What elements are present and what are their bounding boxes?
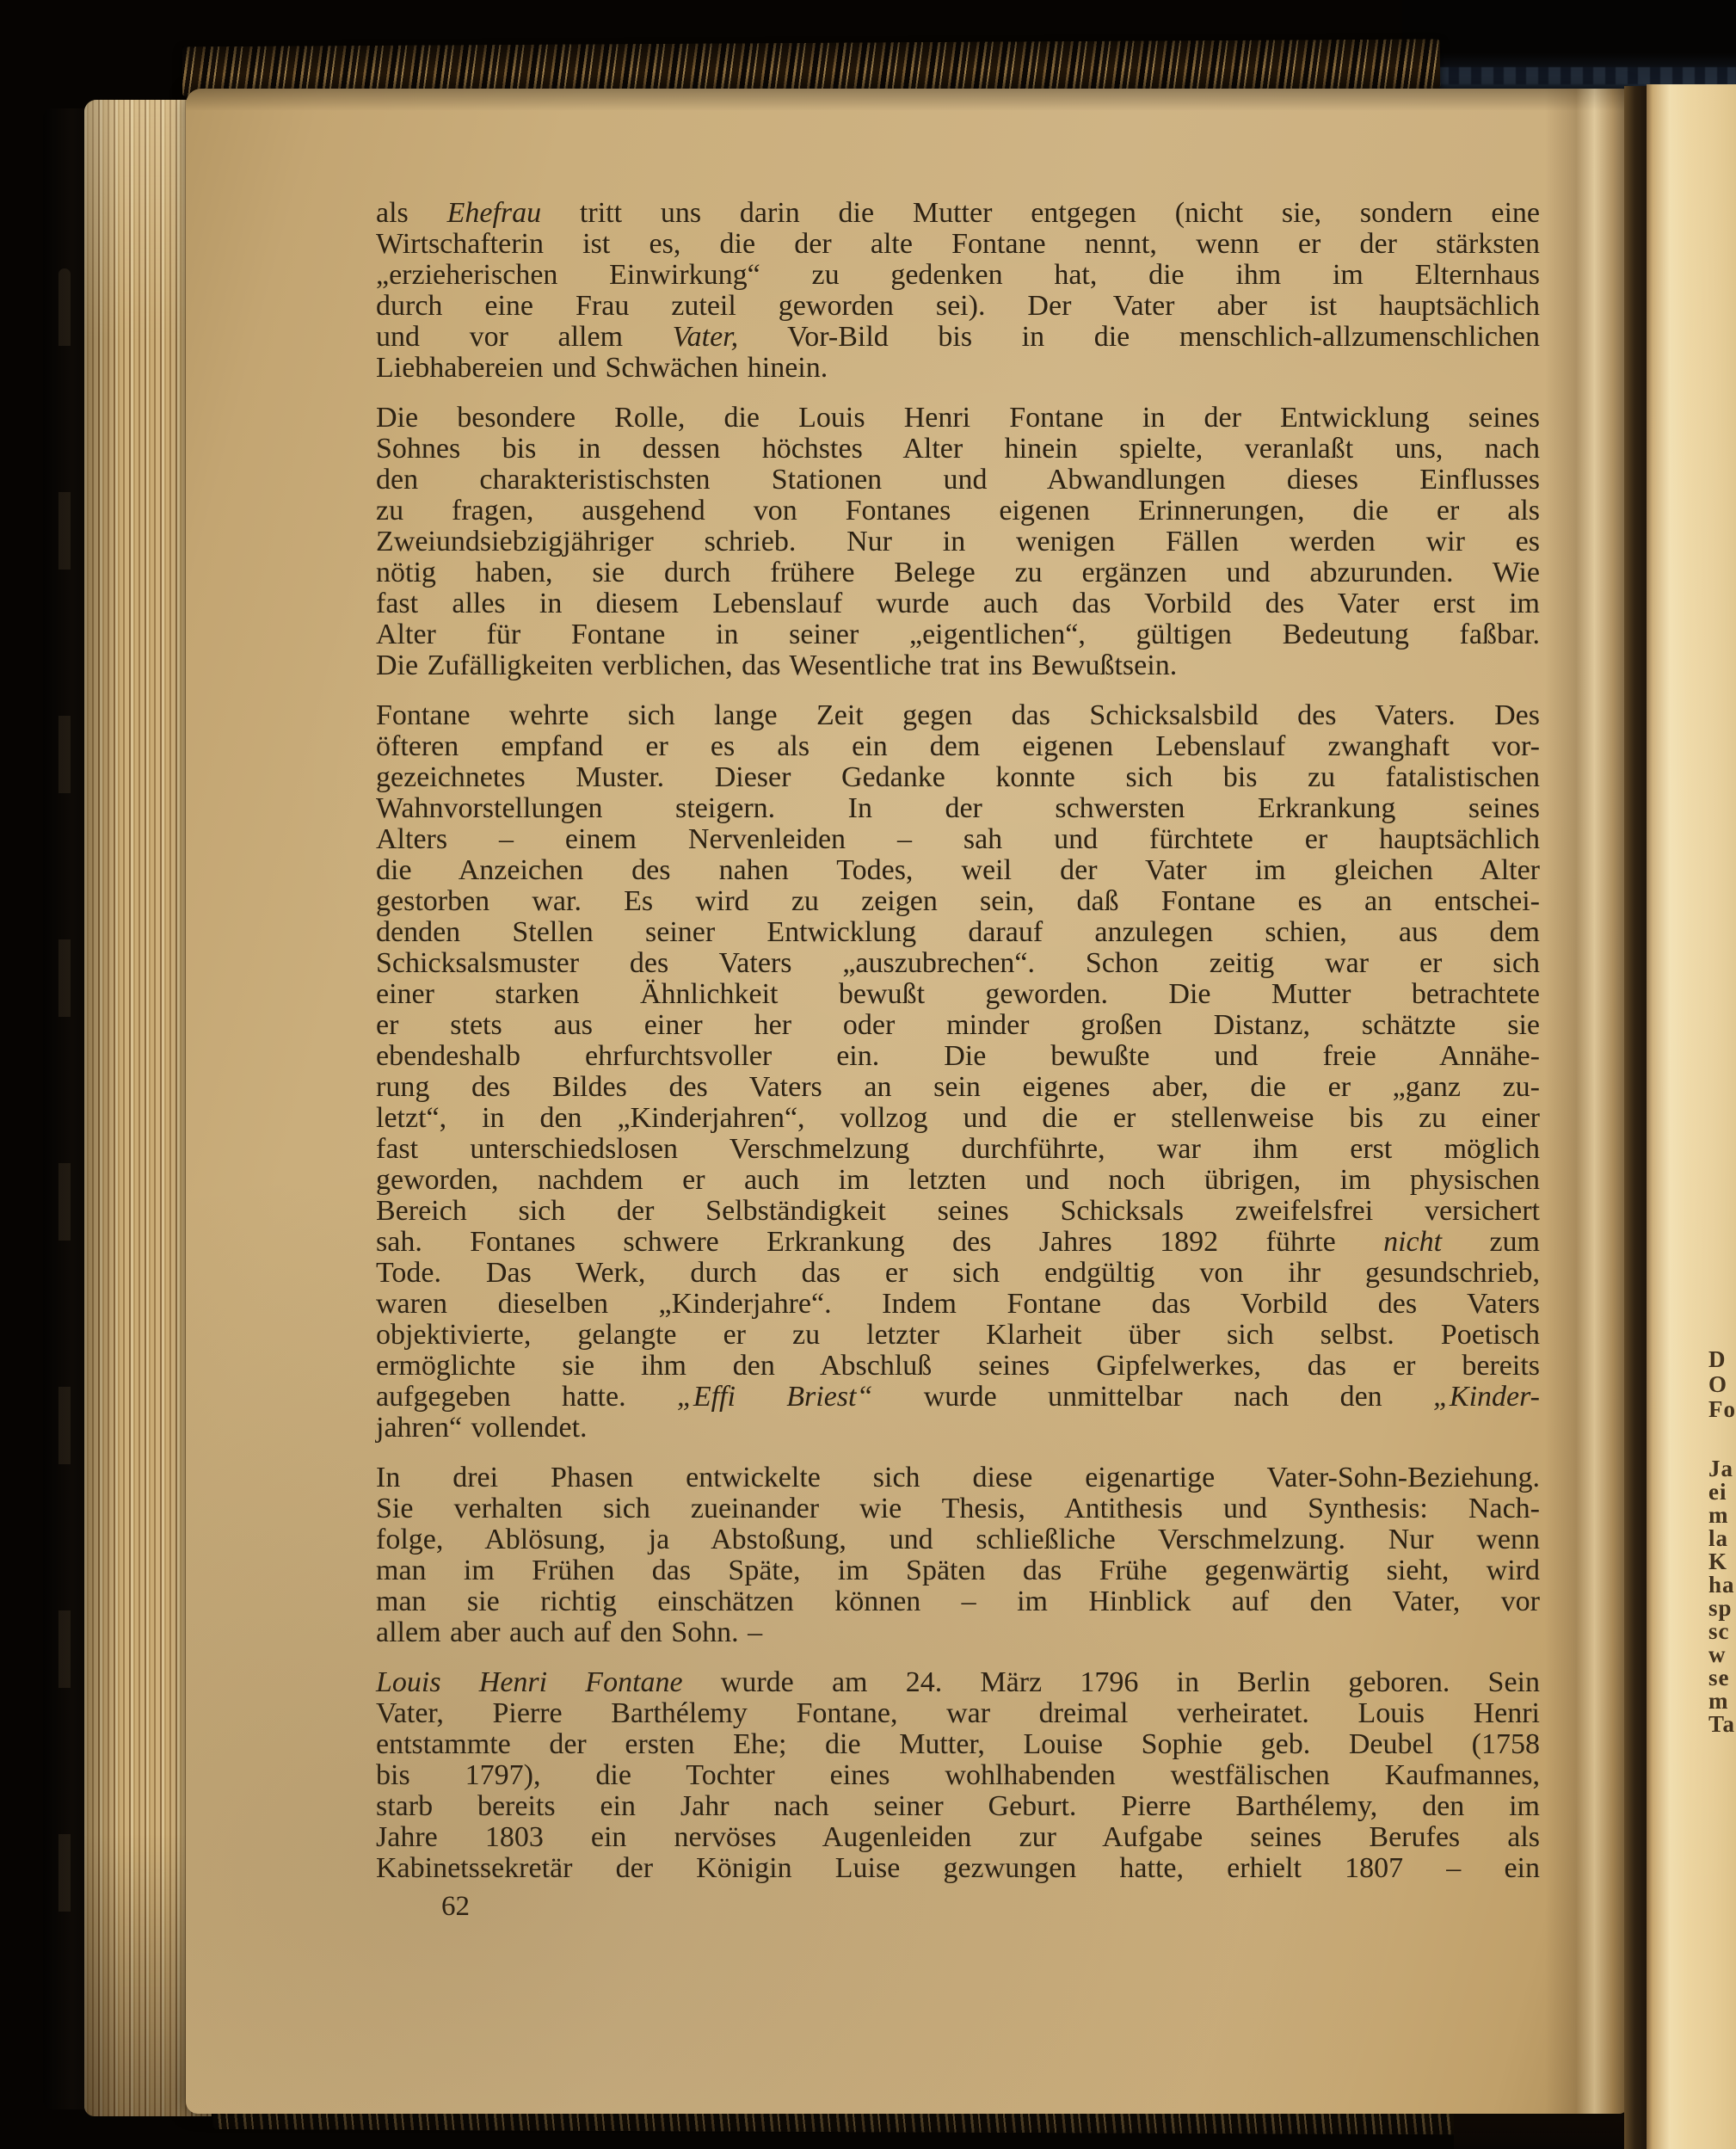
fragment-line: m: [1708, 1690, 1735, 1713]
right-page-text-fragments-bottom: JaeimlaKhaspscwsemTa: [1708, 1457, 1735, 1736]
text-run: In drei Phasen entwickelte sich diese ei…: [376, 1462, 1540, 1493]
text-run: entstammte der ersten Ehe; die Mutter, L…: [376, 1728, 1540, 1760]
text-run: starb bereits ein Jahr nach seiner Gebur…: [376, 1790, 1540, 1822]
text-run: fast unterschiedslosen Verschmelzung dur…: [376, 1133, 1540, 1165]
italic-run: Louis Henri Fontane: [376, 1666, 683, 1698]
text-run: gestorben war. Es wird zu zeigen sein, d…: [376, 885, 1540, 917]
text-line: objektivierte, gelangte er zu letzter Kl…: [376, 1320, 1540, 1351]
text-line: geworden, nachdem er auch im letzten und…: [376, 1165, 1540, 1196]
text-line: zu fragen, ausgehend von Fontanes eigene…: [376, 496, 1540, 526]
text-run: tritt uns darin die Mutter entgegen (nic…: [541, 197, 1540, 229]
text-run: man sie richtig einschätzen können – im …: [376, 1586, 1540, 1617]
paragraph: Louis Henri Fontane wurde am 24. März 17…: [376, 1667, 1540, 1884]
text-line: fast alles in diesem Lebenslauf wurde au…: [376, 588, 1540, 619]
text-run: „erzieherischen Einwirkung“ zu gedenken …: [376, 259, 1540, 291]
paragraph: Die besondere Rolle, die Louis Henri Fon…: [376, 403, 1540, 681]
text-line: Alter für Fontane in seiner „eigentliche…: [376, 619, 1540, 650]
text-line: Wirtschafterin ist es, die der alte Font…: [376, 229, 1540, 260]
paragraph: Fontane wehrte sich lange Zeit gegen das…: [376, 700, 1540, 1444]
text-run: aufgegeben hatte.: [376, 1381, 677, 1413]
text-line: entstammte der ersten Ehe; die Mutter, L…: [376, 1729, 1540, 1760]
text-run: Die Zufälligkeiten verblichen, das Wesen…: [376, 650, 1177, 681]
text-line: jahren“ vollendet.: [376, 1413, 1540, 1444]
left-page-fold-highlight: [1545, 89, 1628, 2114]
text-line: Bereich sich der Selbständigkeit seines …: [376, 1196, 1540, 1227]
text-line: man im Frühen das Späte, im Späten das F…: [376, 1555, 1540, 1586]
text-run: den charakteristischsten Stationen und A…: [376, 464, 1540, 496]
text-line: einer starken Ähnlichkeit bewußt geworde…: [376, 979, 1540, 1010]
text-run: einer starken Ähnlichkeit bewußt geworde…: [376, 978, 1540, 1010]
text-line: die Anzeichen des nahen Todes, weil der …: [376, 855, 1540, 886]
text-line: Jahre 1803 ein nervöses Augenleiden zur …: [376, 1822, 1540, 1853]
fragment-line: Ta: [1708, 1713, 1735, 1736]
text-line: Wahnvorstellungen steigern. In der schwe…: [376, 793, 1540, 824]
fragment-line: ei: [1708, 1481, 1735, 1504]
fragment-line: sc: [1708, 1620, 1735, 1643]
right-page-edge: DOFo JaeimlaKhaspscwsemTa: [1647, 84, 1736, 2149]
text-run: die Anzeichen des nahen Todes, weil der …: [376, 854, 1540, 886]
text-line: Vater, Pierre Barthélemy Fontane, war dr…: [376, 1698, 1540, 1729]
text-run: denden Stellen seiner Entwicklung darauf…: [376, 916, 1540, 948]
text-run: Fontane wehrte sich lange Zeit gegen das…: [376, 699, 1540, 731]
text-run: gezeichnetes Muster. Dieser Gedanke konn…: [376, 761, 1540, 793]
text-line: folge, Ablösung, ja Abstoßung, und schli…: [376, 1524, 1540, 1555]
text-line: gestorben war. Es wird zu zeigen sein, d…: [376, 886, 1540, 917]
text-line: Sie verhalten sich zueinander wie Thesis…: [376, 1493, 1540, 1524]
fragment-line: la: [1708, 1527, 1735, 1550]
text-line: Sohnes bis in dessen höchstes Alter hine…: [376, 434, 1540, 465]
text-line: nötig haben, sie durch frühere Belege zu…: [376, 557, 1540, 588]
text-run: öfteren empfand er es als ein dem eigene…: [376, 730, 1540, 762]
text-run: Wahnvorstellungen steigern. In der schwe…: [376, 792, 1540, 824]
text-run: waren dieselben „Kinderjahre“. Indem Fon…: [376, 1288, 1540, 1320]
page-number: 62: [441, 1891, 470, 1923]
text-run: Kabinetssekretär der Königin Luise gezwu…: [376, 1852, 1540, 1884]
text-line: Louis Henri Fontane wurde am 24. März 17…: [376, 1667, 1540, 1698]
text-block: als Ehefrau tritt uns darin die Mutter e…: [376, 198, 1540, 1903]
fragment-line: ha: [1708, 1573, 1735, 1597]
text-run: Alter für Fontane in seiner „eigentliche…: [376, 619, 1540, 650]
text-run: man im Frühen das Späte, im Späten das F…: [376, 1555, 1540, 1586]
paragraph: In drei Phasen entwickelte sich diese ei…: [376, 1462, 1540, 1648]
text-line: er stets aus einer her oder minder große…: [376, 1010, 1540, 1041]
text-run: Vor-Bild bis in die menschlich-allzumens…: [738, 321, 1540, 353]
left-page-top-shadow: [186, 89, 1628, 111]
text-run: Die besondere Rolle, die Louis Henri Fon…: [376, 402, 1540, 434]
fragment-line: Ja: [1708, 1457, 1735, 1481]
text-run: ebendeshalb ehrfurchtsvoller ein. Die be…: [376, 1040, 1540, 1072]
text-run: Vater, Pierre Barthélemy Fontane, war dr…: [376, 1697, 1540, 1729]
text-line: Zweiundsiebzigjähriger schrieb. Nur in w…: [376, 526, 1540, 557]
fragment-line: Fo: [1708, 1397, 1736, 1422]
text-line: rung des Bildes des Vaters an sein eigen…: [376, 1072, 1540, 1103]
text-run: bis 1797), die Tochter eines wohlhabende…: [376, 1759, 1540, 1791]
text-line: durch eine Frau zuteil geworden sei). De…: [376, 291, 1540, 322]
text-line: man sie richtig einschätzen können – im …: [376, 1586, 1540, 1617]
italic-run: Vater,: [673, 321, 739, 353]
italic-run: nicht: [1383, 1226, 1442, 1258]
text-run: Sohnes bis in dessen höchstes Alter hine…: [376, 433, 1540, 465]
text-line: Die besondere Rolle, die Louis Henri Fon…: [376, 403, 1540, 434]
right-page-text-fragments-top: DOFo: [1708, 1347, 1736, 1422]
text-line: als Ehefrau tritt uns darin die Mutter e…: [376, 198, 1540, 229]
fragment-line: K: [1708, 1550, 1735, 1573]
text-line: sah. Fontanes schwere Erkrankung des Jah…: [376, 1227, 1540, 1258]
text-line: denden Stellen seiner Entwicklung darauf…: [376, 917, 1540, 948]
text-run: wurde am 24. März 1796 in Berlin geboren…: [683, 1666, 1540, 1698]
text-line: aufgegeben hatte. „Effi Briest“ wurde un…: [376, 1382, 1540, 1413]
text-line: letzt“, in den „Kinderjahren“, vollzog u…: [376, 1103, 1540, 1134]
book-cover-top-right: [1402, 0, 1736, 96]
fragment-line: m: [1708, 1504, 1735, 1527]
text-line: allem aber auch auf den Sohn. –: [376, 1617, 1540, 1648]
fragment-line: se: [1708, 1666, 1735, 1690]
fragment-line: sp: [1708, 1597, 1735, 1620]
italic-run: „Effi Briest“: [677, 1381, 872, 1413]
text-run: folge, Ablösung, ja Abstoßung, und schli…: [376, 1524, 1540, 1555]
text-run: fast alles in diesem Lebenslauf wurde au…: [376, 588, 1540, 619]
text-run: wurde unmittelbar nach den: [872, 1381, 1433, 1413]
text-run: geworden, nachdem er auch im letzten und…: [376, 1164, 1540, 1196]
text-line: gezeichnetes Muster. Dieser Gedanke konn…: [376, 762, 1540, 793]
text-line: In drei Phasen entwickelte sich diese ei…: [376, 1462, 1540, 1493]
text-run: letzt“, in den „Kinderjahren“, vollzog u…: [376, 1102, 1540, 1134]
text-run: durch eine Frau zuteil geworden sei). De…: [376, 290, 1540, 322]
text-run: Bereich sich der Selbständigkeit seines …: [376, 1195, 1540, 1227]
fragment-line: D: [1708, 1347, 1736, 1372]
text-run: allem aber auch auf den Sohn. –: [376, 1616, 762, 1648]
fragment-line: O: [1708, 1372, 1736, 1397]
italic-run: Ehefrau: [447, 197, 542, 229]
text-run: Schicksalsmuster des Vaters „auszubreche…: [376, 947, 1540, 979]
text-line: waren dieselben „Kinderjahre“. Indem Fon…: [376, 1289, 1540, 1320]
text-run: jahren“ vollendet.: [376, 1412, 588, 1444]
text-run: zu fragen, ausgehend von Fontanes eigene…: [376, 495, 1540, 526]
text-run: Liebhabereien und Schwächen hinein.: [376, 352, 828, 384]
text-line: Die Zufälligkeiten verblichen, das Wesen…: [376, 650, 1540, 681]
gutter-shadow: [1624, 86, 1648, 2149]
text-line: ebendeshalb ehrfurchtsvoller ein. Die be…: [376, 1041, 1540, 1072]
text-line: fast unterschiedslosen Verschmelzung dur…: [376, 1134, 1540, 1165]
italic-run: „Kinder-: [1433, 1381, 1540, 1413]
text-line: Kabinetssekretär der Königin Luise gezwu…: [376, 1853, 1540, 1884]
text-line: bis 1797), die Tochter eines wohlhabende…: [376, 1760, 1540, 1791]
text-run: Sie verhalten sich zueinander wie Thesis…: [376, 1493, 1540, 1524]
text-run: als: [376, 197, 447, 229]
text-line: Alters – einem Nervenleiden – sah und fü…: [376, 824, 1540, 855]
text-line: Fontane wehrte sich lange Zeit gegen das…: [376, 700, 1540, 731]
text-line: starb bereits ein Jahr nach seiner Gebur…: [376, 1791, 1540, 1822]
text-line: Schicksalsmuster des Vaters „auszubreche…: [376, 948, 1540, 979]
text-line: Liebhabereien und Schwächen hinein.: [376, 353, 1540, 384]
text-run: ermöglichte sie ihm den Abschluß seines …: [376, 1350, 1540, 1382]
text-run: objektivierte, gelangte er zu letzter Kl…: [376, 1319, 1540, 1351]
text-line: ermöglichte sie ihm den Abschluß seines …: [376, 1351, 1540, 1382]
text-run: Alters – einem Nervenleiden – sah und fü…: [376, 823, 1540, 855]
text-run: Zweiundsiebzigjähriger schrieb. Nur in w…: [376, 526, 1540, 557]
text-run: nötig haben, sie durch frühere Belege zu…: [376, 557, 1540, 588]
text-run: Tode. Das Werk, durch das er sich endgül…: [376, 1257, 1540, 1289]
text-line: den charakteristischsten Stationen und A…: [376, 465, 1540, 496]
text-run: Wirtschafterin ist es, die der alte Font…: [376, 228, 1540, 260]
text-run: er stets aus einer her oder minder große…: [376, 1009, 1540, 1041]
text-run: sah. Fontanes schwere Erkrankung des Jah…: [376, 1226, 1383, 1258]
text-line: „erzieherischen Einwirkung“ zu gedenken …: [376, 260, 1540, 291]
paragraph: als Ehefrau tritt uns darin die Mutter e…: [376, 198, 1540, 384]
text-run: rung des Bildes des Vaters an sein eigen…: [376, 1071, 1540, 1103]
fragment-line: w: [1708, 1643, 1735, 1666]
text-run: und vor allem: [376, 321, 673, 353]
text-run: Jahre 1803 ein nervöses Augenleiden zur …: [376, 1821, 1540, 1853]
text-line: öfteren empfand er es als ein dem eigene…: [376, 731, 1540, 762]
text-line: Tode. Das Werk, durch das er sich endgül…: [376, 1258, 1540, 1289]
text-run: zum: [1442, 1226, 1540, 1258]
text-line: und vor allem Vater, Vor-Bild bis in die…: [376, 322, 1540, 353]
